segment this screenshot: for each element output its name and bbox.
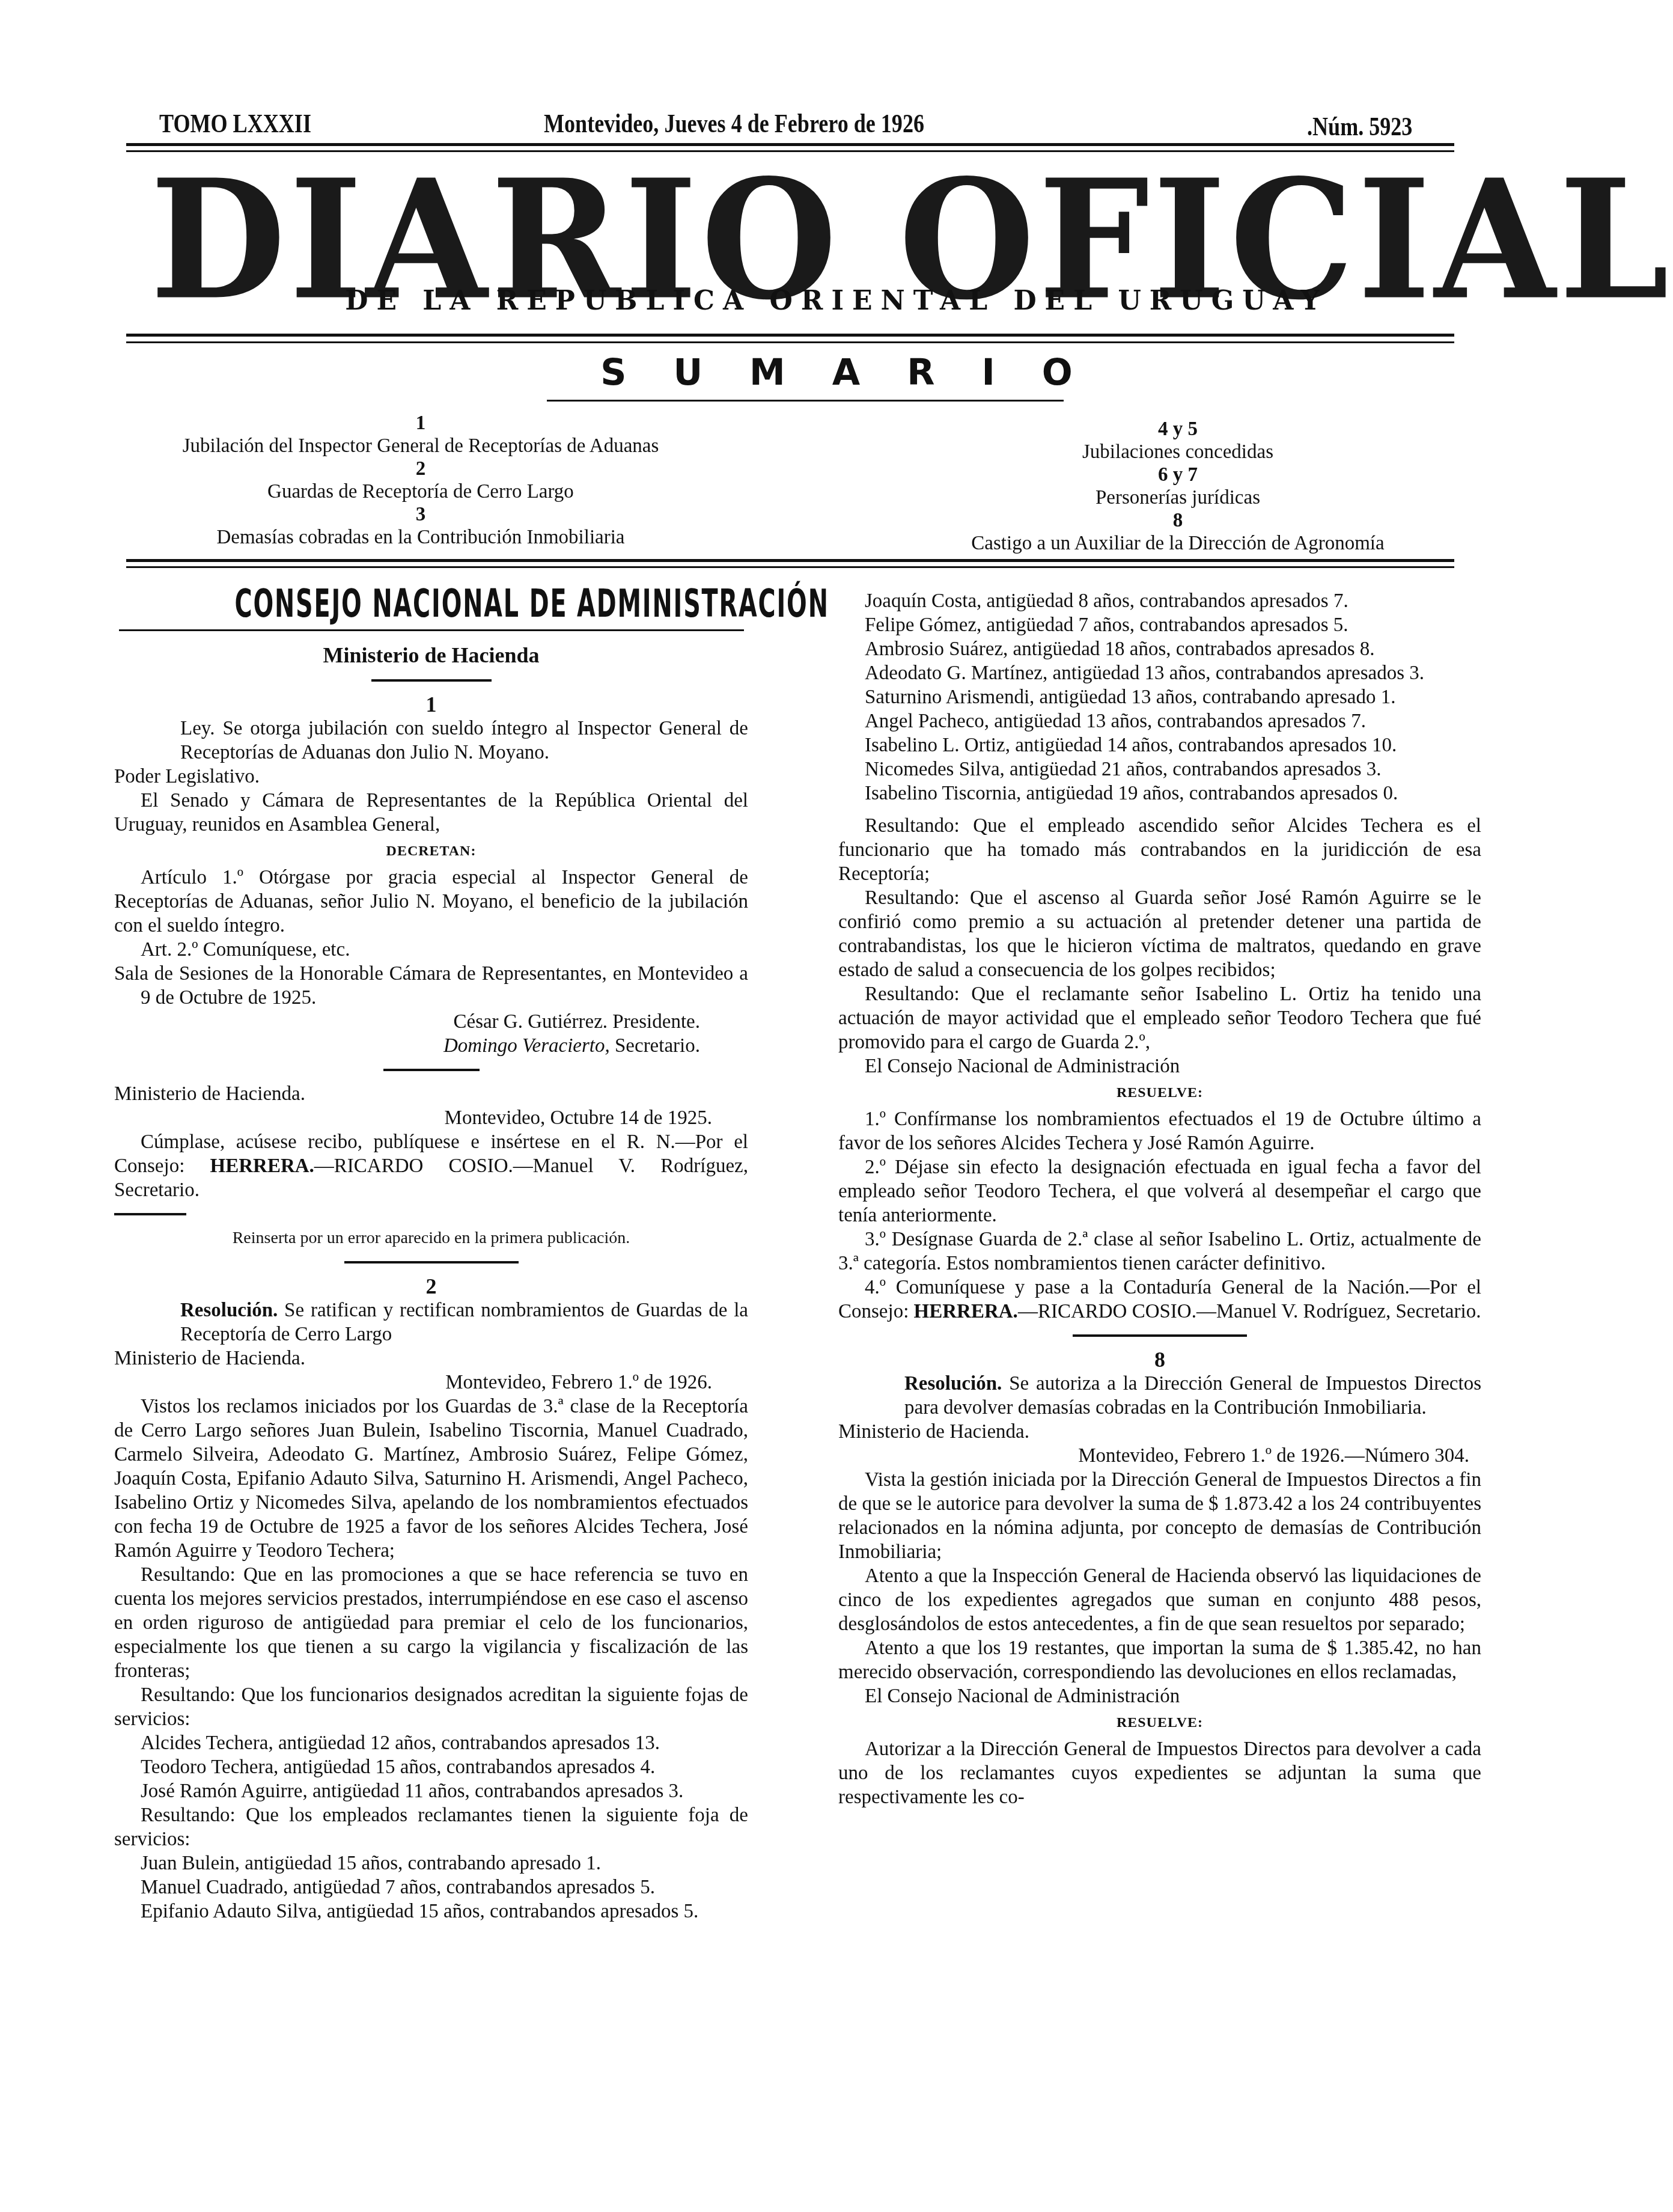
cumplase-end: —RICARDO COSIO.—Manuel V. Rodríguez, Sec…	[114, 1155, 748, 1201]
service-record: Adeodato G. Martínez, antigüedad 13 años…	[838, 661, 1481, 685]
resuelve-label: RESUELVE:	[838, 1081, 1481, 1105]
final-resolution: Autorizar a la Dirección General de Impu…	[838, 1737, 1481, 1809]
resultando: Resultando: Que el reclamante señor Isab…	[838, 982, 1481, 1054]
paragraph: Resultando: Que en las promociones a que…	[114, 1563, 748, 1683]
volume-label: TOMO LXXXII	[159, 108, 311, 139]
sumario-title: SUMARIO	[0, 352, 1673, 394]
resultando: Resultando: Que el empleado ascendido se…	[838, 814, 1481, 886]
resolution-point: 1.º Confírmanse los nombramientos efectu…	[838, 1107, 1481, 1155]
service-record: Isabelino Tiscornia, antigüedad 19 años,…	[838, 781, 1481, 805]
sumario-entry[interactable]: 3 Demasías cobradas en la Contribución I…	[96, 503, 745, 549]
service-record: Teodoro Techera, antigüedad 15 años, con…	[114, 1755, 748, 1779]
sumario-entry-number: 8	[865, 509, 1490, 532]
resuelve-label: RESUELVE:	[838, 1711, 1481, 1735]
service-record: Isabelino L. Ortiz, antigüedad 14 años, …	[838, 733, 1481, 757]
ministry-line: Ministerio de Hacienda.	[838, 1420, 1481, 1444]
ministry-heading: Ministerio de Hacienda	[114, 643, 748, 667]
herrera-signature: HERRERA.	[914, 1301, 1018, 1322]
sumario-entry[interactable]: 1 Jubilación del Inspector General de Re…	[96, 412, 745, 457]
paragraph: Resultando: Que los empleados reclamante…	[114, 1803, 748, 1851]
sumario-entry[interactable]: 6 y 7 Personerías jurídicas	[865, 463, 1490, 509]
paragraph: Atento a que los 19 restantes, que impor…	[838, 1636, 1481, 1684]
service-record: Ambrosio Suárez, antigüedad 18 años, con…	[838, 637, 1481, 661]
service-record: Alcides Techera, antigüedad 12 años, con…	[114, 1731, 748, 1755]
preamble: El Senado y Cámara de Representantes de …	[114, 789, 748, 837]
paragraph: Resultando: Que los funcionarios designa…	[114, 1683, 748, 1731]
date-line: Montevideo, Febrero 1.º de 1926.—Número …	[838, 1444, 1481, 1468]
sumario-rule-bottom-2	[126, 566, 1454, 568]
signature-president: César G. Gutiérrez. Presidente.	[114, 1010, 748, 1034]
consejo-line: El Consejo Nacional de Administración	[838, 1054, 1481, 1078]
divider	[114, 1213, 186, 1215]
paragraph: Vistos los reclamos iniciados por los Gu…	[114, 1395, 748, 1563]
divider	[344, 1261, 519, 1263]
service-record: Joaquín Costa, antigüedad 8 años, contra…	[838, 589, 1481, 613]
item-number: 1	[114, 692, 748, 716]
paragraph: Atento a que la Inspección General de Ha…	[838, 1564, 1481, 1636]
right-column: Joaquín Costa, antigüedad 8 años, contra…	[838, 589, 1481, 1809]
item8-summary: Resolución. Se autoriza a la Dirección G…	[838, 1372, 1481, 1420]
sumario-entry-text: Demasías cobradas en la Contribución Inm…	[96, 526, 745, 549]
sumario-entry-text: Personerías jurídicas	[865, 486, 1490, 509]
sumario-entry-text: Jubilación del Inspector General de Rece…	[96, 435, 745, 457]
resolution-point: 4.º Comuníquese y pase a la Contaduría G…	[838, 1276, 1481, 1324]
herrera-signature: HERRERA.	[210, 1155, 314, 1177]
sumario-entry-text: Castigo a un Auxiliar de la Dirección de…	[865, 532, 1490, 555]
item1-summary-text: Se otorga jubilación con sueldo íntegro …	[180, 718, 748, 763]
sumario-entry-number: 4 y 5	[865, 418, 1490, 441]
divider	[383, 1069, 480, 1071]
sumario-entry[interactable]: 4 y 5 Jubilaciones concedidas	[865, 418, 1490, 463]
section-rule	[119, 629, 744, 631]
sumario-entry-text: Guardas de Receptoría de Cerro Largo	[96, 480, 745, 503]
item-number: 8	[838, 1348, 1481, 1372]
service-record: Felipe Gómez, antigüedad 7 años, contrab…	[838, 613, 1481, 637]
item8-lead: Resolución.	[904, 1373, 1002, 1395]
article-1: Artículo 1.º Otórgase por gracia especia…	[114, 866, 748, 938]
decretan-label: DECRETAN:	[114, 839, 748, 863]
ministry-line: Ministerio de Hacienda.	[114, 1082, 748, 1106]
sumario-entry-number: 3	[96, 503, 745, 526]
sumario-left: 1 Jubilación del Inspector General de Re…	[96, 412, 745, 549]
date-line: Montevideo, Febrero 1.º de 1926.	[114, 1370, 748, 1395]
service-record: Saturnino Arismendi, antigüedad 13 años,…	[838, 685, 1481, 709]
sumario-rule-bottom	[126, 559, 1454, 562]
sumario-underline	[547, 400, 1064, 402]
cumplase: Cúmplase, acúsese recibo, publíquese e i…	[114, 1130, 748, 1202]
service-record: Manuel Cuadrado, antigüedad 7 años, cont…	[114, 1875, 748, 1899]
item2-lead: Resolución.	[180, 1300, 278, 1321]
article-2: Art. 2.º Comuníquese, etc.	[114, 938, 748, 962]
service-record: Juan Bulein, antigüedad 15 años, contrab…	[114, 1851, 748, 1875]
item1-lead: Ley.	[180, 718, 215, 739]
sumario-entry-number: 6 y 7	[865, 463, 1490, 486]
section-heading: CONSEJO NACIONAL DE ADMINISTRACIÓN	[234, 592, 627, 616]
service-record: Angel Pacheco, antigüedad 13 años, contr…	[838, 709, 1481, 733]
item-number: 2	[114, 1274, 748, 1298]
ministry-line: Ministerio de Hacienda.	[114, 1346, 748, 1370]
sumario-entry-number: 1	[96, 412, 745, 435]
subtitle-rule-2	[126, 341, 1454, 343]
consejo-line: El Consejo Nacional de Administración	[838, 1684, 1481, 1708]
sumario-entry-number: 2	[96, 457, 745, 480]
dateline: Montevideo, Jueves 4 de Febrero de 1926	[544, 108, 924, 139]
subtitle-rule	[126, 334, 1454, 337]
date-line: Montevideo, Octubre 14 de 1925.	[114, 1106, 748, 1130]
ministry-rule	[371, 679, 492, 682]
item1-summary: Ley. Se otorga jubilación con sueldo ínt…	[114, 716, 748, 765]
resolution-4-end: —RICARDO COSIO.—Manuel V. Rodríguez, Sec…	[1018, 1301, 1481, 1322]
service-record: José Ramón Aguirre, antigüedad 11 años, …	[114, 1779, 748, 1803]
reinsert-note: Reinserta por un error aparecido en la p…	[114, 1226, 748, 1250]
sumario-right: 4 y 5 Jubilaciones concedidas 6 y 7 Pers…	[865, 418, 1490, 555]
masthead-subtitle: DE LA REPUBLICA ORIENTAL DEL URUGUAY	[0, 286, 1673, 316]
item2-summary: Resolución. Se ratifican y rectifican no…	[114, 1298, 748, 1346]
paragraph: Vista la gestión iniciada por la Direcci…	[838, 1468, 1481, 1564]
left-column: CONSEJO NACIONAL DE ADMINISTRACIÓN Minis…	[114, 586, 748, 1923]
issue-number: .Núm. 5923	[1307, 111, 1412, 142]
sala-sesiones: Sala de Sesiones de la Honorable Cámara …	[114, 962, 748, 1010]
resultando: Resultando: Que el ascenso al Guarda señ…	[838, 886, 1481, 982]
signature-secretary: Domingo Veracierto, Secretario.	[114, 1034, 748, 1058]
sumario-entry[interactable]: 2 Guardas de Receptoría de Cerro Largo	[96, 457, 745, 503]
service-record: Epifanio Adauto Silva, antigüedad 15 año…	[114, 1899, 748, 1923]
service-record: Nicomedes Silva, antigüedad 21 años, con…	[838, 757, 1481, 781]
resolution-point: 2.º Déjase sin efecto la designación efe…	[838, 1155, 1481, 1227]
sumario-entry-text: Jubilaciones concedidas	[865, 441, 1490, 463]
sumario-entry[interactable]: 8 Castigo a un Auxiliar de la Dirección …	[865, 509, 1490, 555]
divider	[1073, 1334, 1247, 1337]
resolution-point: 3.º Desígnase Guarda de 2.ª clase al señ…	[838, 1227, 1481, 1276]
signature-secretary-role: Secretario.	[610, 1035, 700, 1057]
poder-legislativo: Poder Legislativo.	[114, 765, 748, 789]
signature-secretary-name: Domingo Veracierto,	[443, 1035, 610, 1057]
